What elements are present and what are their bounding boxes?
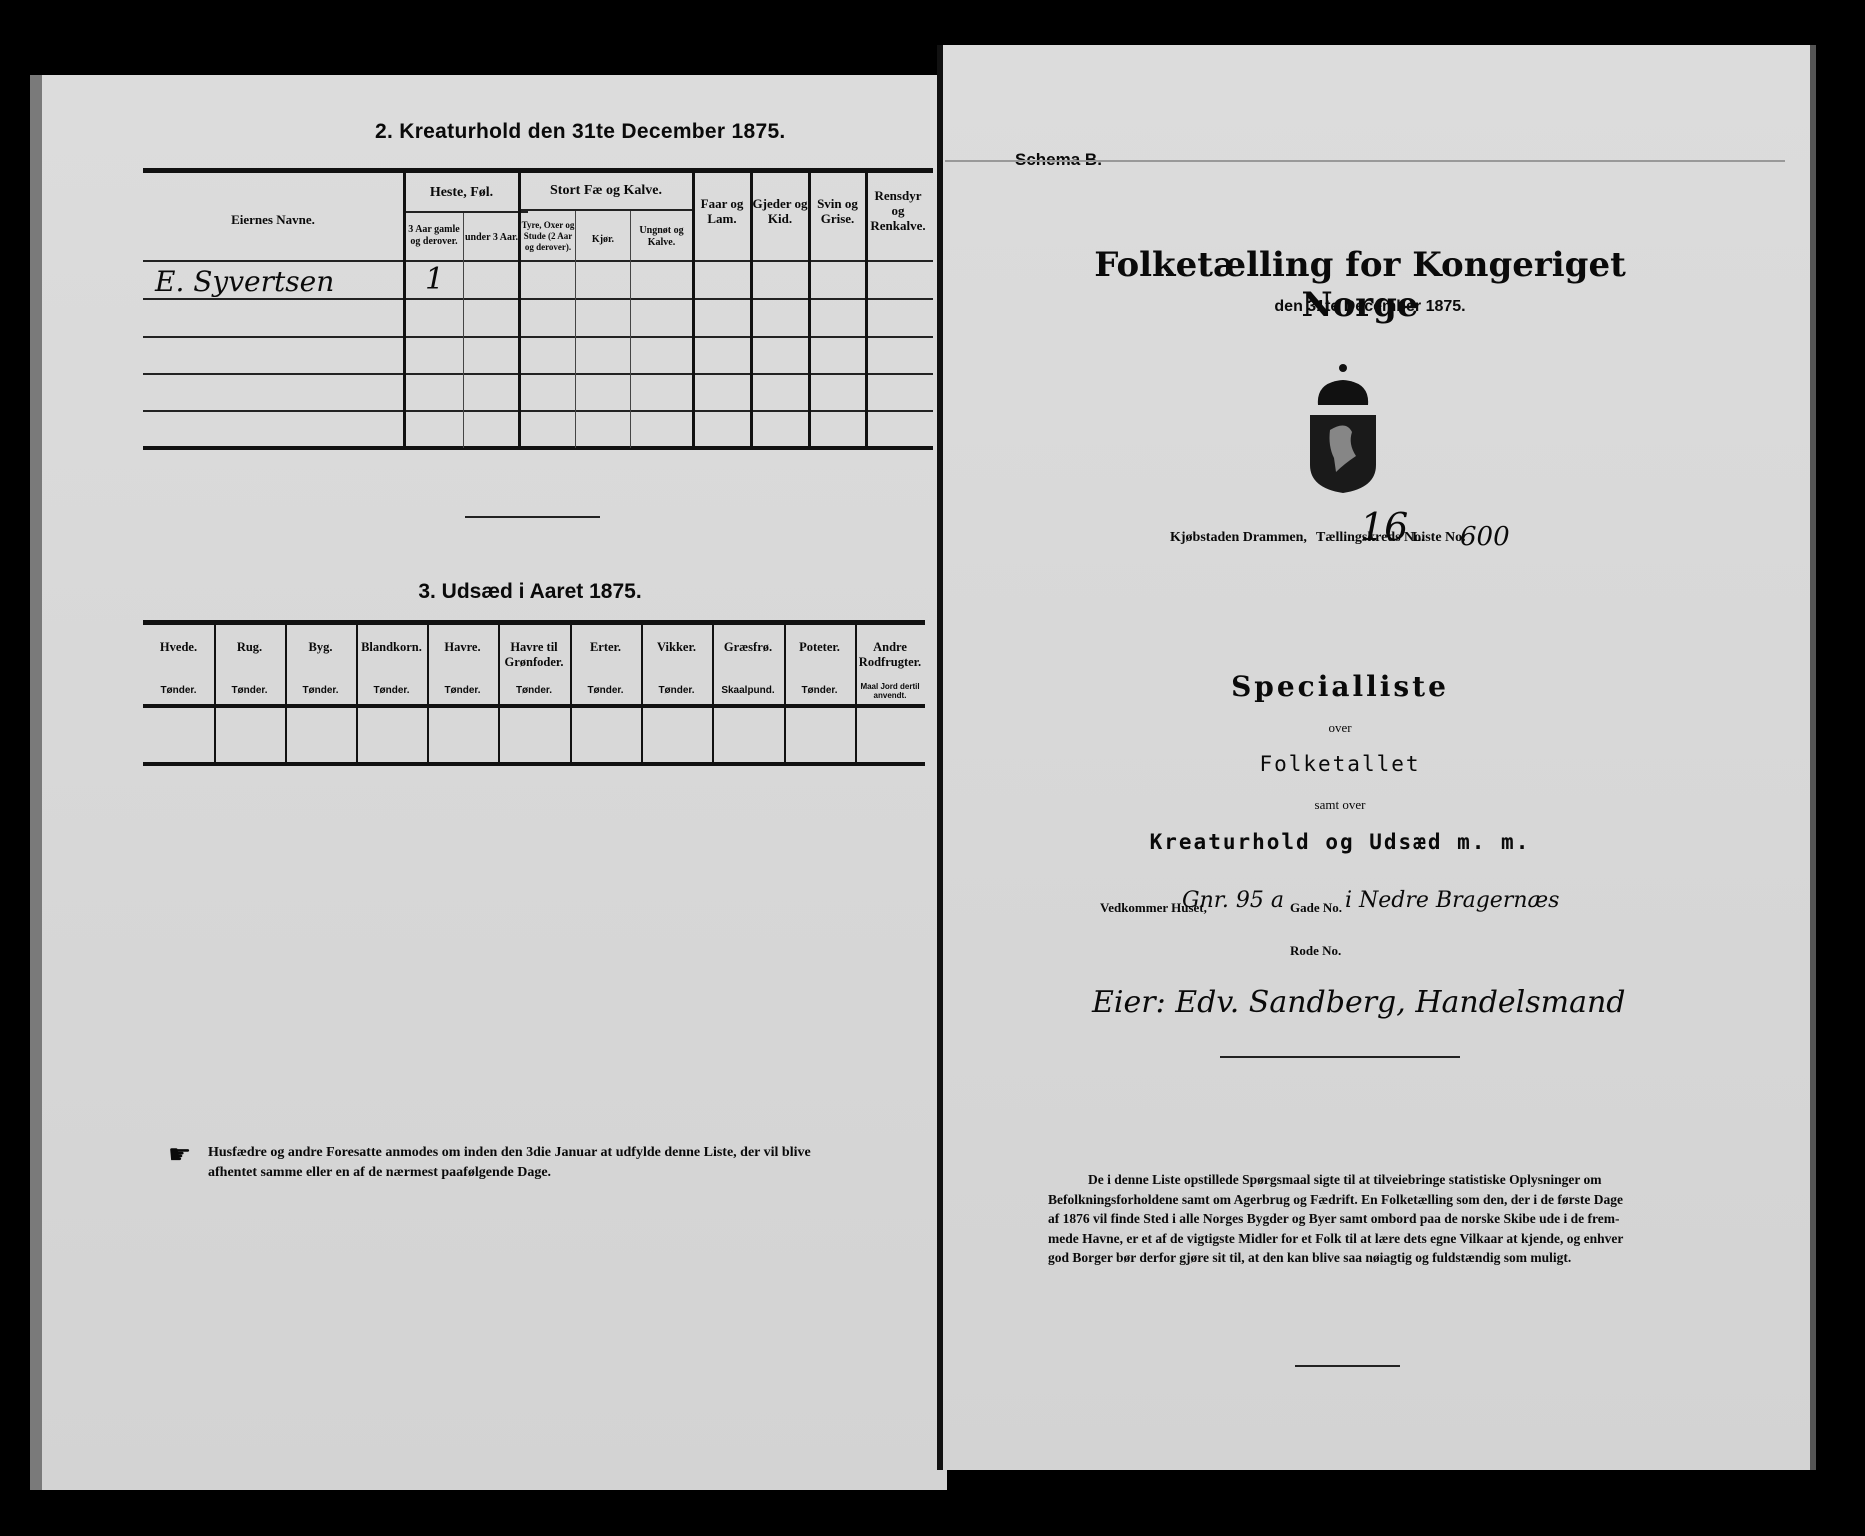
col-header-cattle-young: Ungnøt og Kalve. (631, 225, 692, 249)
section2-title: 2. Kreaturhold den 31te December 1875. (375, 120, 835, 144)
cattle-subheader-rule (520, 209, 695, 211)
udsaed-col-unit: Skaalpund. (712, 685, 784, 696)
udsaed-col-unit: Tønder. (356, 685, 427, 696)
notice-line2: afhentet samme eller en af de nærmest pa… (208, 1163, 928, 1183)
gade-label: Gade No. (1290, 900, 1342, 916)
udsaed-col-unit: Tønder. (214, 685, 285, 696)
list-label: Liste No. (1412, 530, 1466, 546)
udsaed-col-header: Blandkorn. (356, 640, 427, 655)
census-date: den 31te December 1875. (1170, 298, 1570, 316)
table1-row-rule (143, 373, 933, 375)
norwegian-coat-of-arms-icon (1308, 360, 1378, 495)
udsaed-col-unit: Tønder. (570, 685, 641, 696)
col-divider (463, 213, 464, 448)
house-value: Gnr. 95 a (1182, 888, 1284, 913)
col-header-sheep: Faar og Lam. (694, 196, 750, 226)
table1-row-rule (143, 336, 933, 338)
faint-rule (945, 160, 1785, 162)
udsaed-col-unit: Tønder. (784, 685, 855, 696)
udsaed-col-unit: Tønder. (285, 685, 356, 696)
separator-line (465, 516, 600, 518)
udsaed-col-header: Poteter. (784, 640, 855, 655)
col-divider (403, 170, 406, 448)
book-gutter (937, 45, 943, 1470)
owner-line: Eier: Edv. Sandberg, Handelsmand (1092, 985, 1626, 1020)
paragraph-line: De i denne Liste opstillede Spørgsmaal s… (1048, 1170, 1768, 1190)
udsaed-col-unit: Tønder. (641, 685, 712, 696)
col-header-cattle-bulls: Tyre, Oxer og Stude (2 Aar og derover). (520, 220, 576, 253)
folketallet-text: Folketallet (1140, 752, 1540, 776)
closing-rule (1295, 1365, 1400, 1367)
col-header-cattle: Stort Fæ og Kalve. (520, 183, 692, 198)
col-header-horses-under3: under 3 Aar. (464, 232, 519, 244)
udsaed-col-header: Rug. (214, 640, 285, 655)
paragraph-line: Befolkningsforholdene samt om Agerbrug o… (1048, 1190, 1768, 1210)
samt-over-text: samt over (1140, 797, 1540, 813)
udsaed-col-header: Byg. (285, 640, 356, 655)
paragraph-line: mede Havne, er et af de vigtigste Midler… (1048, 1229, 1768, 1249)
col-header-owner: Eiernes Navne. (143, 212, 403, 227)
table2-header-rule (143, 704, 925, 708)
udsaed-col-unit: Tønder. (498, 685, 570, 696)
rode-label: Rode No. (1290, 943, 1341, 959)
udsaed-col-header: Vikker. (641, 640, 712, 655)
table2-top-rule (143, 620, 925, 625)
udsaed-col-unit: Tønder. (143, 685, 214, 696)
district-number: 16 (1360, 505, 1408, 549)
gade-value: i Nedre Bragernæs (1345, 888, 1559, 913)
over-text: over (1140, 720, 1540, 736)
table2-bottom-rule (143, 762, 925, 766)
col-header-reindeer: Rensdyr og Renkalve. (867, 188, 929, 233)
udsaed-col-header: Havre til Grønfoder. (498, 640, 570, 670)
table1-bottom-rule (143, 446, 933, 450)
horses-subheader-rule (405, 211, 528, 213)
col-header-horses: Heste, Føl. (405, 185, 518, 200)
udsaed-col-header: Andre Rodfrugter. (855, 640, 925, 670)
table1-row-rule (143, 298, 933, 300)
col-divider (518, 170, 521, 448)
udsaed-col-header: Hvede. (143, 640, 214, 655)
specialliste-heading: Specialliste (1140, 670, 1540, 703)
explanation-paragraph: De i denne Liste opstillede Spørgsmaal s… (1048, 1170, 1768, 1268)
town-label: Kjøbstaden Drammen, (1170, 530, 1307, 546)
udsaed-col-header: Havre. (427, 640, 498, 655)
owner-underline (1220, 1056, 1460, 1058)
section3-title: 3. Udsæd i Aaret 1875. (330, 580, 730, 604)
udsaed-col-header: Græsfrø. (712, 640, 784, 655)
kreaturhold-text: Kreaturhold og Udsæd m. m. (1070, 830, 1610, 854)
col-header-pigs: Svin og Grise. (810, 196, 865, 226)
table1-row-rule (143, 410, 933, 412)
notice-text: Husfædre og andre Foresatte anmodes om i… (208, 1143, 928, 1183)
pointing-hand-icon: ☛ (168, 1140, 191, 1170)
udsaed-col-header: Erter. (570, 640, 641, 655)
udsaed-col-unit: Maal Jord dertil anvendt. (855, 682, 925, 700)
owner-name-cell: E. Syvertsen (155, 265, 334, 298)
col-header-cattle-cows: Kjør. (576, 232, 630, 247)
horses-3plus-cell: 1 (425, 262, 444, 297)
table1-header-rule (143, 260, 933, 262)
col-header-goats: Gjeder og Kid. (752, 196, 808, 226)
col-header-horses-3plus: 3 Aar gamle og derover. (405, 224, 463, 248)
paragraph-line: god Borger bør derfor gjøre sit til, at … (1048, 1248, 1768, 1268)
list-number: 600 (1460, 522, 1510, 552)
notice-line1: Husfædre og andre Foresatte anmodes om i… (208, 1143, 928, 1163)
udsaed-col-unit: Tønder. (427, 685, 498, 696)
table1-top-rule (143, 168, 933, 173)
paragraph-line: af 1876 vil finde Sted i alle Norges Byg… (1048, 1209, 1768, 1229)
